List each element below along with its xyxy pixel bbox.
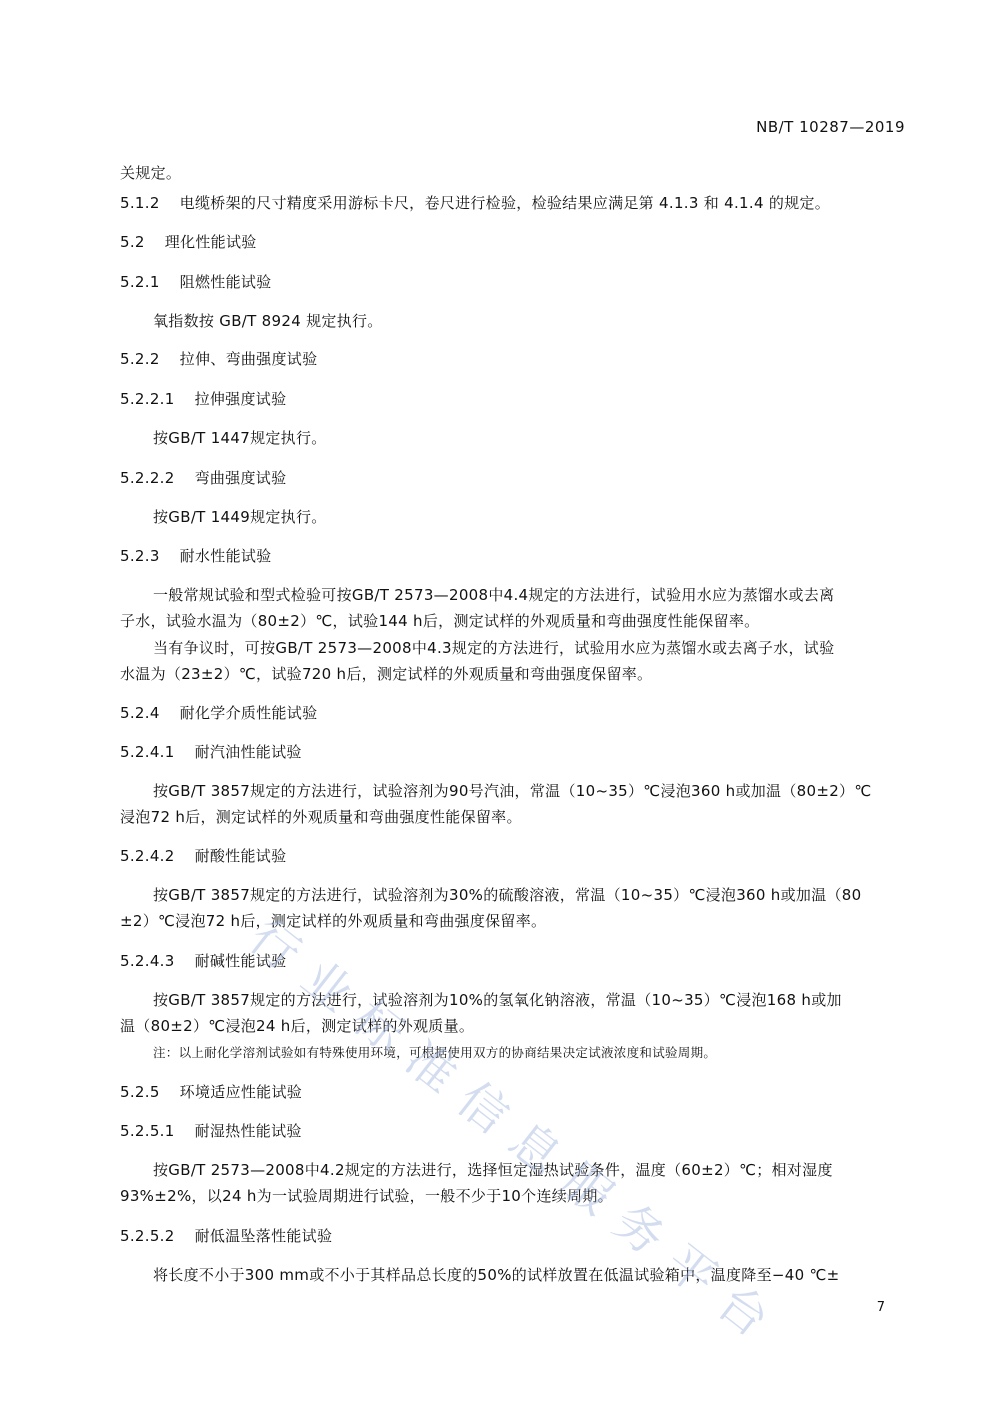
section-number: 5.2.4.2: [120, 847, 175, 865]
paragraph-line: ±2）℃浸泡72 h后，测定试样的外观质量和弯曲强度保留率。: [120, 910, 546, 931]
paragraph-line: 水温为（23±2）℃，试验720 h后，测定试样的外观质量和弯曲强度保留率。: [120, 663, 652, 684]
section-number: 5.2.4: [120, 704, 160, 722]
paragraph-line: 按GB/T 3857规定的方法进行，试验溶剂为90号汽油，常温（10~35）℃浸…: [153, 780, 872, 801]
section-number: 5.2.5: [120, 1083, 160, 1101]
section-number: 5.1.2: [120, 194, 160, 212]
section-number: 5.2.2.2: [120, 469, 175, 487]
section-heading: 5.2.2.1拉伸强度试验: [120, 388, 286, 409]
paragraph-line: 关规定。: [120, 162, 181, 183]
section-heading: 5.2.4耐化学介质性能试验: [120, 702, 317, 723]
section-title: 耐化学介质性能试验: [180, 704, 318, 722]
document-page: NB/T 10287—2019 关规定。5.1.2电缆桥架的尺寸精度采用游标卡尺…: [0, 0, 1000, 1413]
section-heading: 5.2.4.3耐碱性能试验: [120, 950, 286, 971]
section-title: 耐低温坠落性能试验: [195, 1227, 333, 1245]
paragraph-line: 温（80±2）℃浸泡24 h后，测定试样的外观质量。: [120, 1015, 474, 1036]
section-title: 耐汽油性能试验: [195, 743, 302, 761]
section-number: 5.2.5.1: [120, 1122, 175, 1140]
section-number: 5.2.5.2: [120, 1227, 175, 1245]
section-number: 5.2.2: [120, 350, 160, 368]
paragraph-line: 按GB/T 3857规定的方法进行，试验溶剂为30%的硫酸溶液，常温（10~35…: [153, 884, 862, 905]
section-heading: 5.2.2.2弯曲强度试验: [120, 467, 286, 488]
section-heading: 5.1.2电缆桥架的尺寸精度采用游标卡尺，卷尺进行检验，检验结果应满足第 4.1…: [120, 192, 830, 213]
paragraph-line: 按GB/T 1447规定执行。: [153, 427, 327, 448]
paragraph-line: 一般常规试验和型式检验可按GB/T 2573—2008中4.4规定的方法进行，试…: [153, 584, 834, 605]
section-title: 理化性能试验: [165, 233, 257, 251]
paragraph-line: 将长度不小于300 mm或不小于其样品总长度的50%的试样放置在低温试验箱中，温…: [153, 1264, 840, 1285]
section-heading: 5.2.1阻燃性能试验: [120, 271, 271, 292]
section-title: 电缆桥架的尺寸精度采用游标卡尺，卷尺进行检验，检验结果应满足第 4.1.3 和 …: [180, 194, 830, 212]
section-title: 弯曲强度试验: [195, 469, 287, 487]
section-number: 5.2.1: [120, 273, 160, 291]
section-title: 阻燃性能试验: [180, 273, 272, 291]
section-number: 5.2.4.1: [120, 743, 175, 761]
section-title: 耐酸性能试验: [195, 847, 287, 865]
standard-code: NB/T 10287—2019: [756, 118, 905, 136]
section-heading: 5.2.5环境适应性能试验: [120, 1081, 302, 1102]
section-title: 环境适应性能试验: [180, 1083, 302, 1101]
section-number: 5.2.2.1: [120, 390, 175, 408]
section-title: 耐碱性能试验: [195, 952, 287, 970]
section-title: 拉伸强度试验: [195, 390, 287, 408]
paragraph-line: 93%±2%，以24 h为一试验周期进行试验，一般不少于10个连续周期。: [120, 1185, 613, 1206]
section-heading: 5.2理化性能试验: [120, 231, 257, 252]
section-heading: 5.2.3耐水性能试验: [120, 545, 271, 566]
watermark: 行业标准信息服务平台: [238, 900, 801, 1361]
section-heading: 5.2.2拉伸、弯曲强度试验: [120, 348, 317, 369]
paragraph-line: 按GB/T 2573—2008中4.2规定的方法进行，选择恒定湿热试验条件，温度…: [153, 1159, 833, 1180]
paragraph-line: 氧指数按 GB/T 8924 规定执行。: [153, 310, 383, 331]
section-title: 拉伸、弯曲强度试验: [180, 350, 318, 368]
section-number: 5.2: [120, 233, 145, 251]
paragraph-line: 当有争议时，可按GB/T 2573—2008中4.3规定的方法进行，试验用水应为…: [153, 637, 834, 658]
section-title: 耐水性能试验: [180, 547, 272, 565]
paragraph-line: 按GB/T 3857规定的方法进行，试验溶剂为10%的氢氧化钠溶液，常温（10~…: [153, 989, 842, 1010]
section-number: 5.2.3: [120, 547, 160, 565]
section-title: 耐湿热性能试验: [195, 1122, 302, 1140]
section-heading: 5.2.4.1耐汽油性能试验: [120, 741, 302, 762]
paragraph-line: 浸泡72 h后，测定试样的外观质量和弯曲强度性能保留率。: [120, 806, 522, 827]
page-number: 7: [877, 1300, 885, 1315]
note-text: 注：以上耐化学溶剂试验如有特殊使用环境，可根据使用双方的协商结果决定试液浓度和试…: [153, 1043, 716, 1061]
paragraph-line: 按GB/T 1449规定执行。: [153, 506, 327, 527]
section-heading: 5.2.5.2耐低温坠落性能试验: [120, 1225, 332, 1246]
section-heading: 5.2.4.2耐酸性能试验: [120, 845, 286, 866]
section-number: 5.2.4.3: [120, 952, 175, 970]
paragraph-line: 子水，试验水温为（80±2）℃，试验144 h后，测定试样的外观质量和弯曲强度性…: [120, 610, 759, 631]
section-heading: 5.2.5.1耐湿热性能试验: [120, 1120, 302, 1141]
